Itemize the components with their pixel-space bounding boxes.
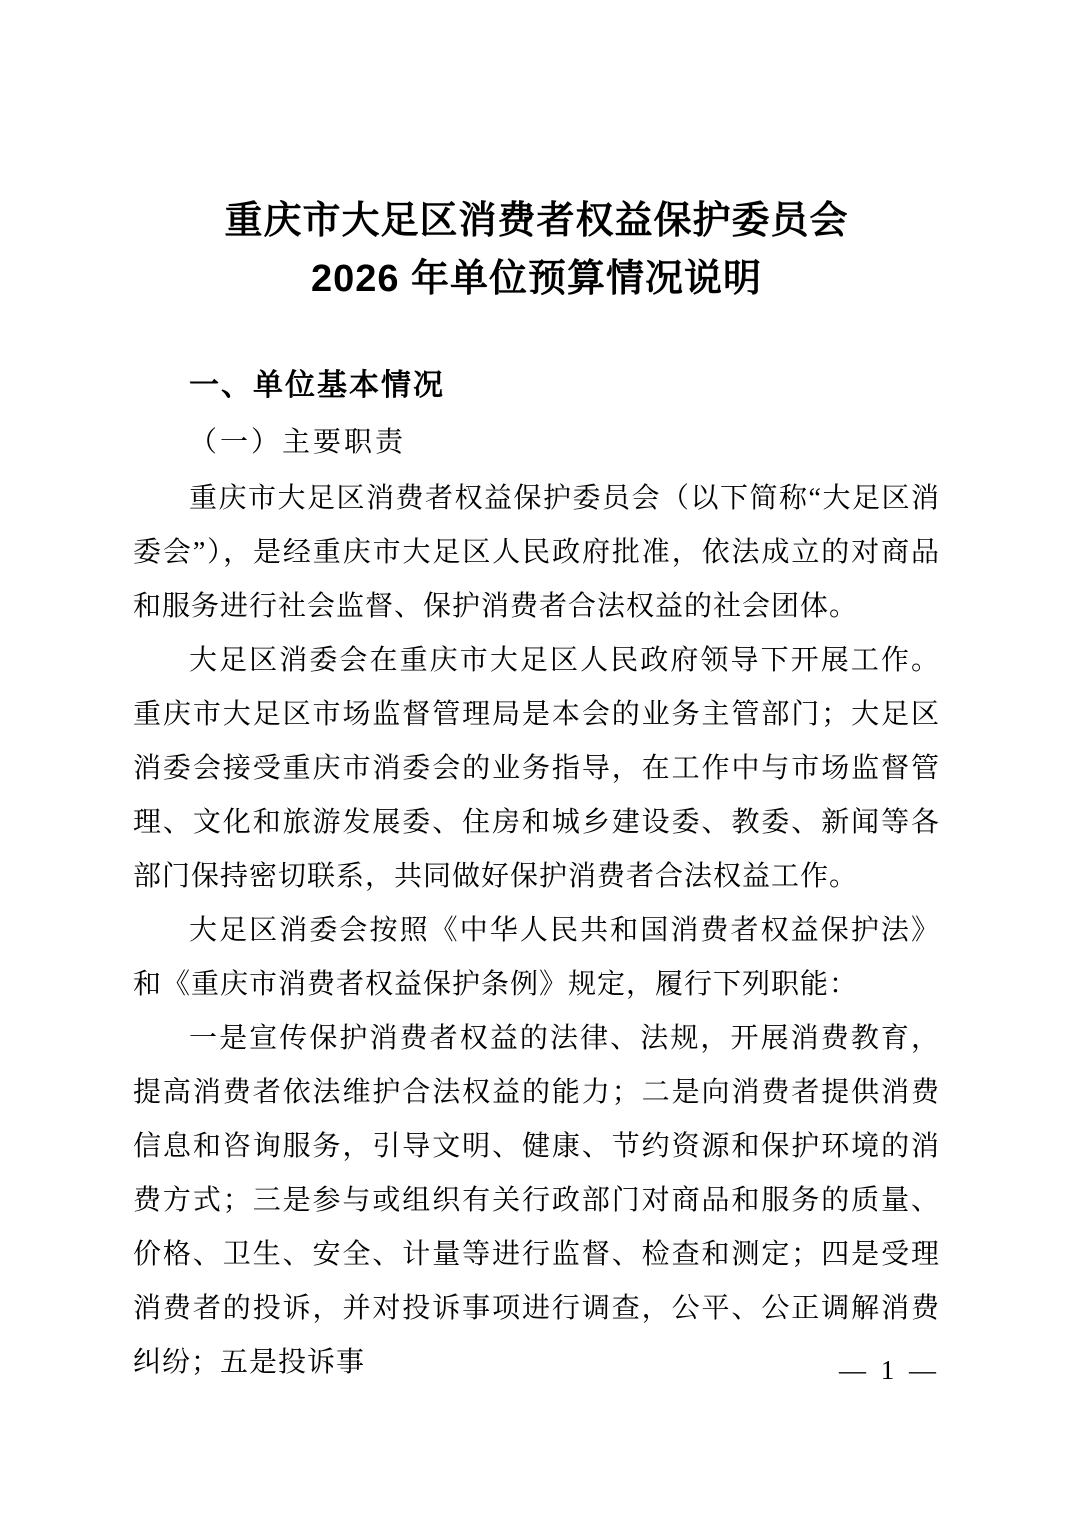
document-page: 重庆市大足区消费者权益保护委员会 2026 年单位预算情况说明 一、单位基本情况… [0, 0, 1074, 1520]
body-text: 重庆市大足区消费者权益保护委员会（以下简称“大足区消委会”），是经重庆市大足区人… [133, 472, 940, 1390]
paragraph-committee-intro: 重庆市大足区消费者权益保护委员会（以下简称“大足区消委会”），是经重庆市大足区人… [133, 472, 940, 634]
document-title: 重庆市大足区消费者权益保护委员会 2026 年单位预算情况说明 [133, 192, 940, 308]
paragraph-functions-list: 一是宣传保护消费者权益的法律、法规，开展消费教育，提高消费者依法维护合法权益的能… [133, 1012, 940, 1390]
paragraph-legal-basis: 大足区消委会按照《中华人民共和国消费者权益保护法》和《重庆市消费者权益保护条例》… [133, 904, 940, 1012]
document-title-line1: 重庆市大足区消费者权益保护委员会 [133, 192, 940, 250]
section-heading-basic-information: 一、单位基本情况 [133, 370, 940, 402]
page-number: — 1 — [839, 1350, 940, 1390]
paragraph-supervision-relations: 大足区消委会在重庆市大足区人民政府领导下开展工作。重庆市大足区市场监督管理局是本… [133, 634, 940, 904]
document-title-line2: 2026 年单位预算情况说明 [133, 250, 940, 308]
subsection-heading-main-duties: （一）主要职责 [133, 426, 940, 460]
document-content: 重庆市大足区消费者权益保护委员会 2026 年单位预算情况说明 一、单位基本情况… [133, 0, 940, 1390]
